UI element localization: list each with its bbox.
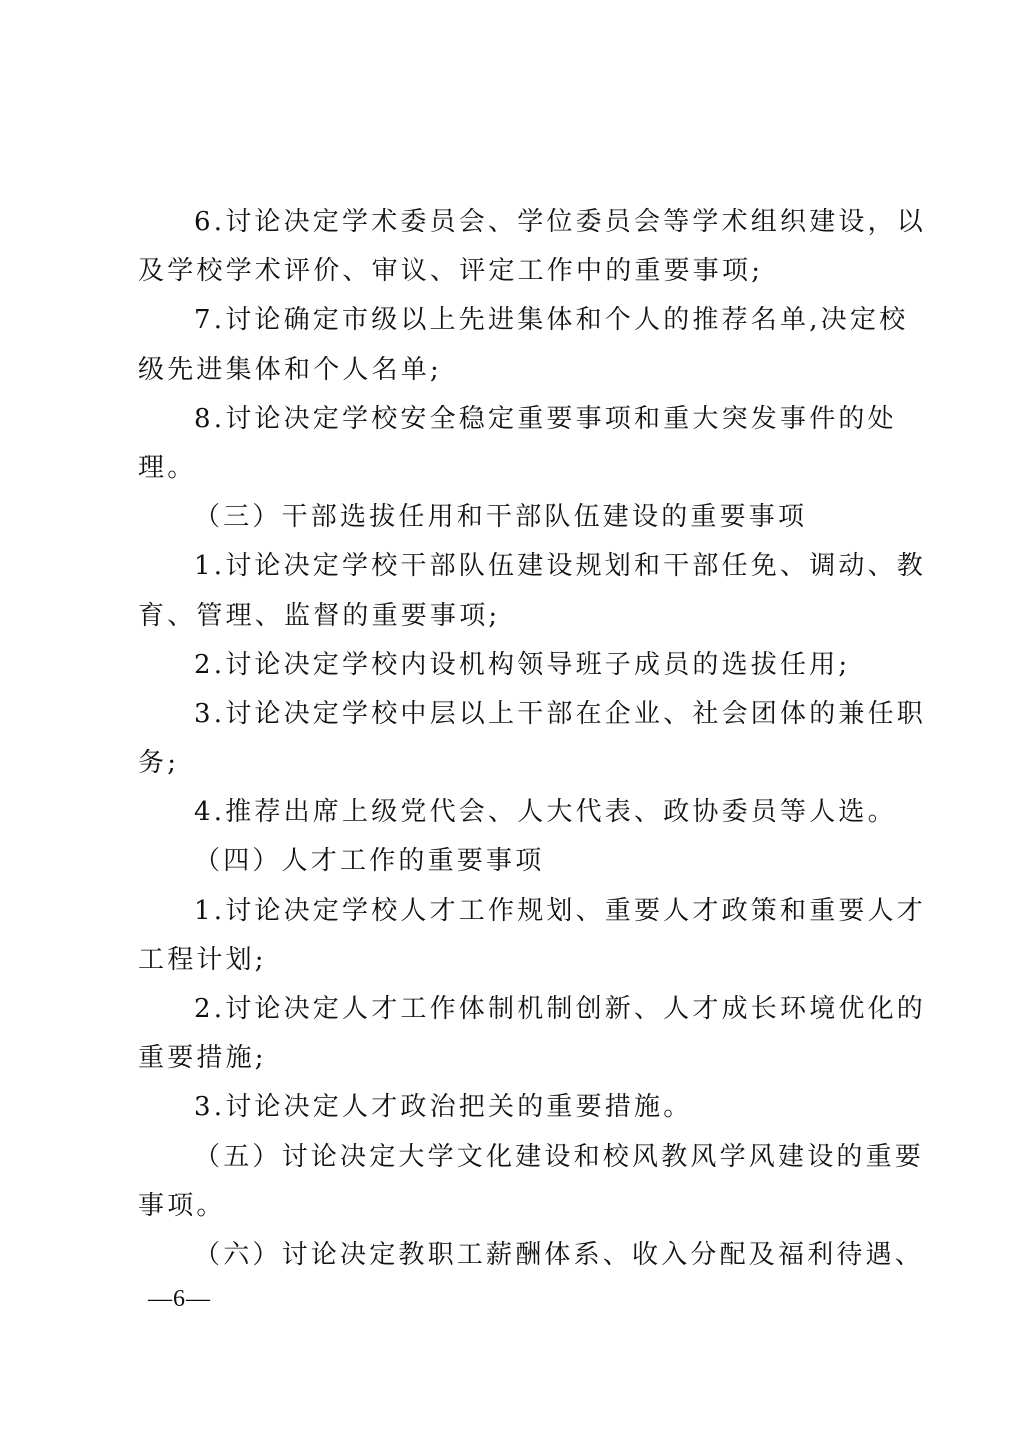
section-3-item-4: 4.推荐出席上级党代会、人大代表、政协委员等人选。 (138, 788, 894, 837)
item-8-line-1: 8.讨论决定学校安全稳定重要事项和重大突发事件的处 (138, 395, 894, 444)
section-3-item-1-line-1: 1.讨论决定学校干部队伍建设规划和干部任免、调动、教 (138, 542, 894, 591)
item-8-line-2: 理。 (138, 444, 894, 493)
section-6-line-1: （六）讨论决定教职工薪酬体系、收入分配及福利待遇、 (138, 1231, 894, 1280)
item-6-line-2: 及学校学术评价、审议、评定工作中的重要事项; (138, 247, 894, 296)
page-number: —6— (148, 1284, 211, 1314)
section-5-line-2: 事项。 (138, 1182, 894, 1231)
item-6-line-1: 6.讨论决定学术委员会、学位委员会等学术组织建设，以 (138, 198, 894, 247)
section-5-line-1: （五）讨论决定大学文化建设和校风教风学风建设的重要 (138, 1133, 894, 1182)
item-7-line-2: 级先进集体和个人名单; (138, 346, 894, 395)
section-4-item-2-line-2: 重要措施; (138, 1034, 894, 1083)
document-page: 6.讨论决定学术委员会、学位委员会等学术组织建设，以 及学校学术评价、审议、评定… (0, 0, 1024, 1448)
section-4-item-3: 3.讨论决定人才政治把关的重要措施。 (138, 1083, 894, 1132)
section-3-item-3-line-2: 务; (138, 739, 894, 788)
section-3-item-3-line-1: 3.讨论决定学校中层以上干部在企业、社会团体的兼任职 (138, 690, 894, 739)
section-3-heading: （三）干部选拔任用和干部队伍建设的重要事项 (138, 493, 894, 542)
item-7-line-1: 7.讨论确定市级以上先进集体和个人的推荐名单,决定校 (138, 296, 894, 345)
section-3-item-2: 2.讨论决定学校内设机构领导班子成员的选拔任用; (138, 641, 894, 690)
document-body: 6.讨论决定学术委员会、学位委员会等学术组织建设，以 及学校学术评价、审议、评定… (138, 198, 894, 1280)
section-4-heading: （四）人才工作的重要事项 (138, 837, 894, 886)
section-4-item-1-line-2: 工程计划; (138, 936, 894, 985)
section-4-item-1-line-1: 1.讨论决定学校人才工作规划、重要人才政策和重要人才 (138, 887, 894, 936)
section-3-item-1-line-2: 育、管理、监督的重要事项; (138, 592, 894, 641)
section-4-item-2-line-1: 2.讨论决定人才工作体制机制创新、人才成长环境优化的 (138, 985, 894, 1034)
